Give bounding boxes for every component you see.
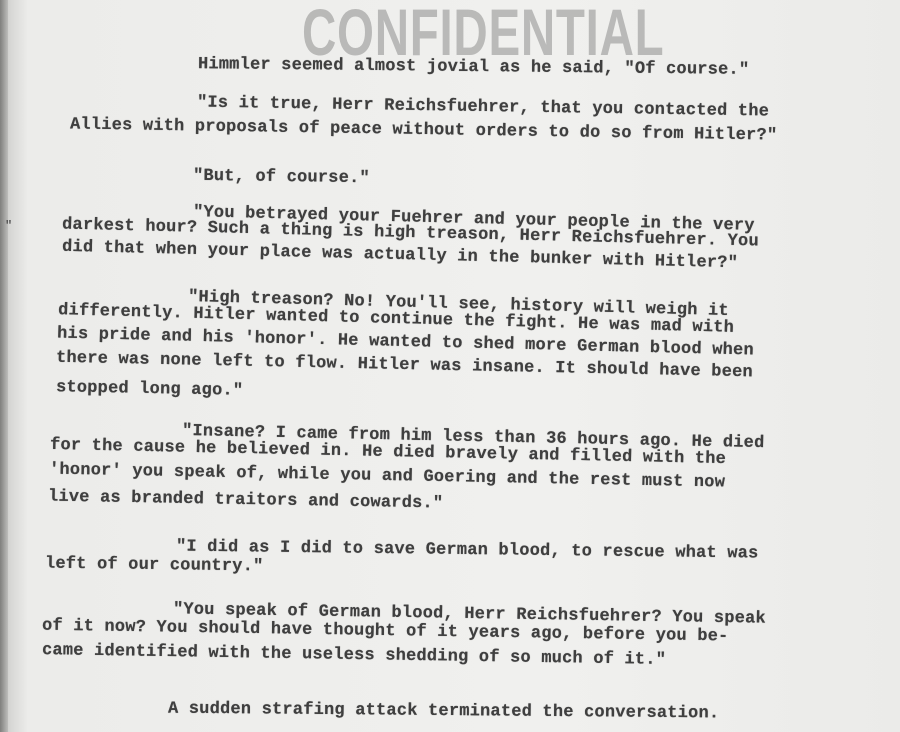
text-line: left of our country." (45, 555, 264, 577)
text-line: "Is it true, Herr Reichsfuehrer, that yo… (197, 94, 769, 122)
text-line: A sudden strafing attack terminated the … (168, 700, 719, 724)
text-line: live as branded traitors and cowards." (48, 488, 444, 514)
text-line: came identified with the useless sheddin… (42, 641, 666, 670)
margin-mark: " (5, 219, 12, 233)
text-line: "But, of course." (193, 167, 370, 188)
text-line: Himmler seemed almost jovial as he said,… (198, 55, 749, 80)
page-edge-shadow (0, 0, 8, 732)
typewritten-page: CONFIDENTIAL " Himmler seemed almost jov… (0, 0, 900, 732)
text-line: stopped long ago." (56, 378, 244, 401)
